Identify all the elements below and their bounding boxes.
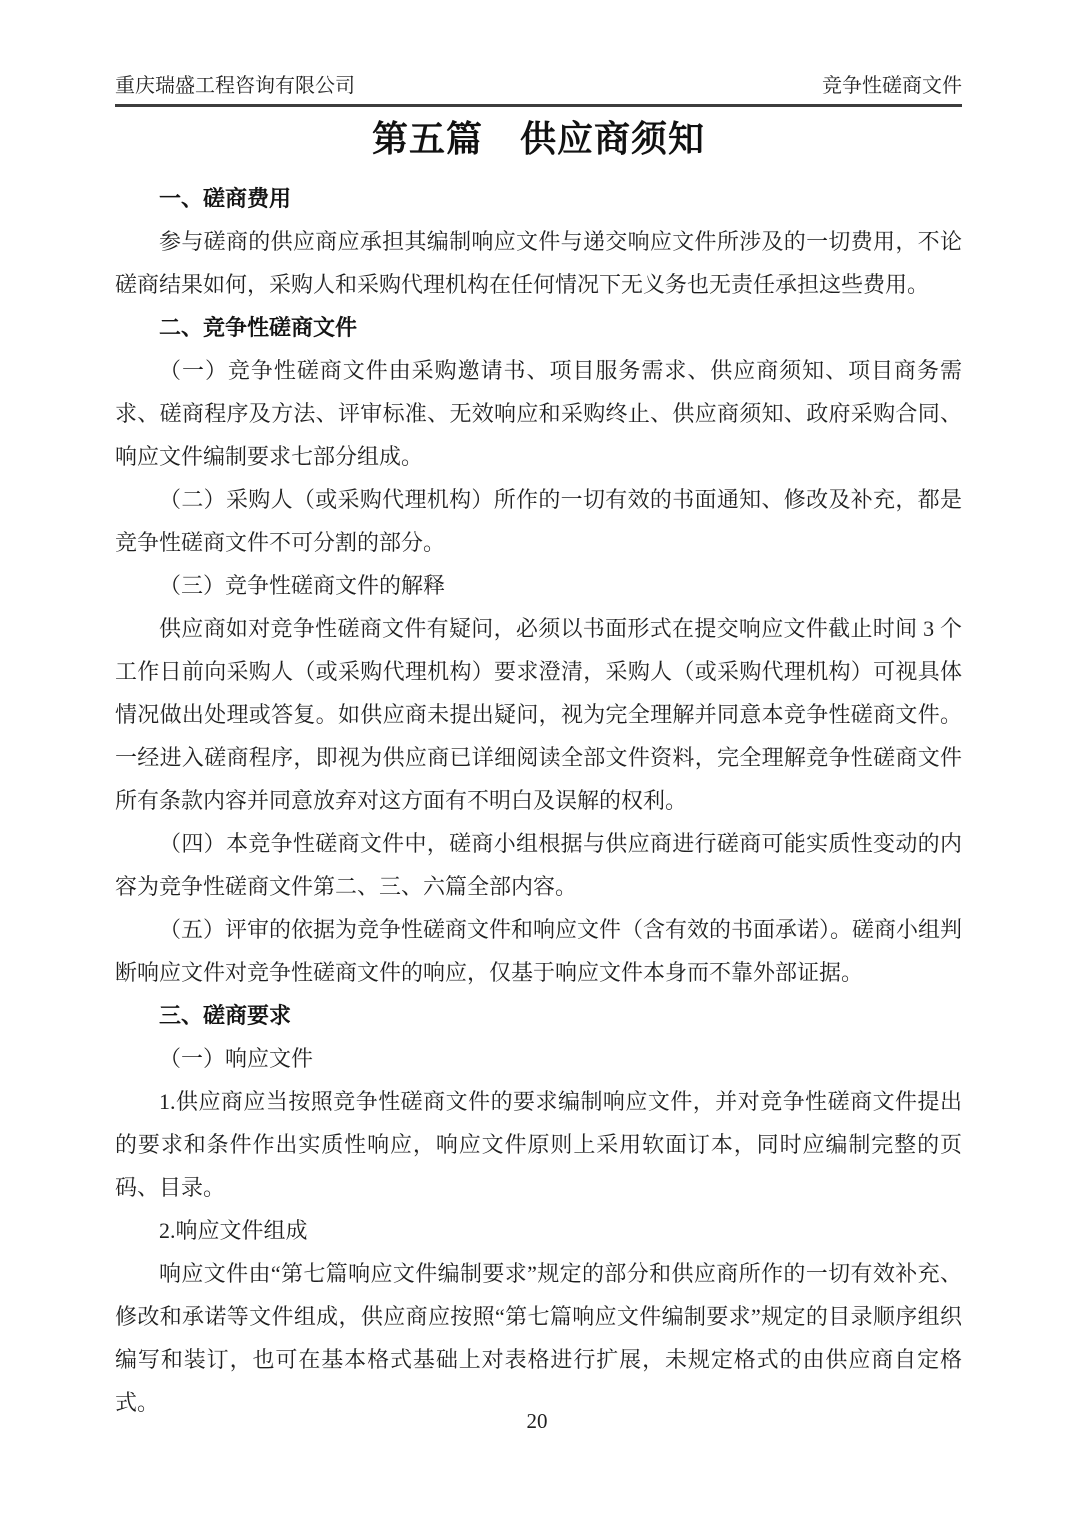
paragraph: 2.响应文件组成: [115, 1209, 962, 1252]
paragraph: （三）竞争性磋商文件的解释: [115, 564, 962, 607]
page-header: 重庆瑞盛工程咨询有限公司 竞争性磋商文件: [115, 0, 962, 98]
header-doc-label: 竞争性磋商文件: [822, 74, 962, 98]
paragraph: 参与磋商的供应商应承担其编制响应文件与递交响应文件所涉及的一切费用，不论磋商结果…: [115, 220, 962, 306]
paragraph: （一）响应文件: [115, 1037, 962, 1080]
section-heading: 一、磋商费用: [115, 177, 962, 220]
paragraph: 响应文件由“第七篇响应文件编制要求”规定的部分和供应商所作的一切有效补充、修改和…: [115, 1252, 962, 1424]
paragraph: （五）评审的依据为竞争性磋商文件和响应文件（含有效的书面承诺）。磋商小组判断响应…: [115, 908, 962, 994]
paragraph: 1.供应商应当按照竞争性磋商文件的要求编制响应文件，并对竞争性磋商文件提出的要求…: [115, 1080, 962, 1209]
document-page: 重庆瑞盛工程咨询有限公司 竞争性磋商文件 第五篇 供应商须知 一、磋商费用 参与…: [0, 0, 1074, 1520]
page-title: 第五篇 供应商须知: [115, 115, 962, 163]
paragraph: （四）本竞争性磋商文件中，磋商小组根据与供应商进行磋商可能实质性变动的内容为竞争…: [115, 822, 962, 908]
section-heading: 二、竞争性磋商文件: [115, 306, 962, 349]
header-company-name: 重庆瑞盛工程咨询有限公司: [115, 74, 355, 98]
paragraph: （二）采购人（或采购代理机构）所作的一切有效的书面通知、修改及补充，都是竞争性磋…: [115, 478, 962, 564]
paragraph: （一）竞争性磋商文件由采购邀请书、项目服务需求、供应商须知、项目商务需求、磋商程…: [115, 349, 962, 478]
paragraph: 供应商如对竞争性磋商文件有疑问，必须以书面形式在提交响应文件截止时间 3 个工作…: [115, 607, 962, 822]
section-heading: 三、磋商要求: [115, 994, 962, 1037]
page-number: 20: [0, 1409, 1074, 1434]
document-body: 一、磋商费用 参与磋商的供应商应承担其编制响应文件与递交响应文件所涉及的一切费用…: [115, 177, 962, 1424]
header-divider: [115, 104, 962, 107]
